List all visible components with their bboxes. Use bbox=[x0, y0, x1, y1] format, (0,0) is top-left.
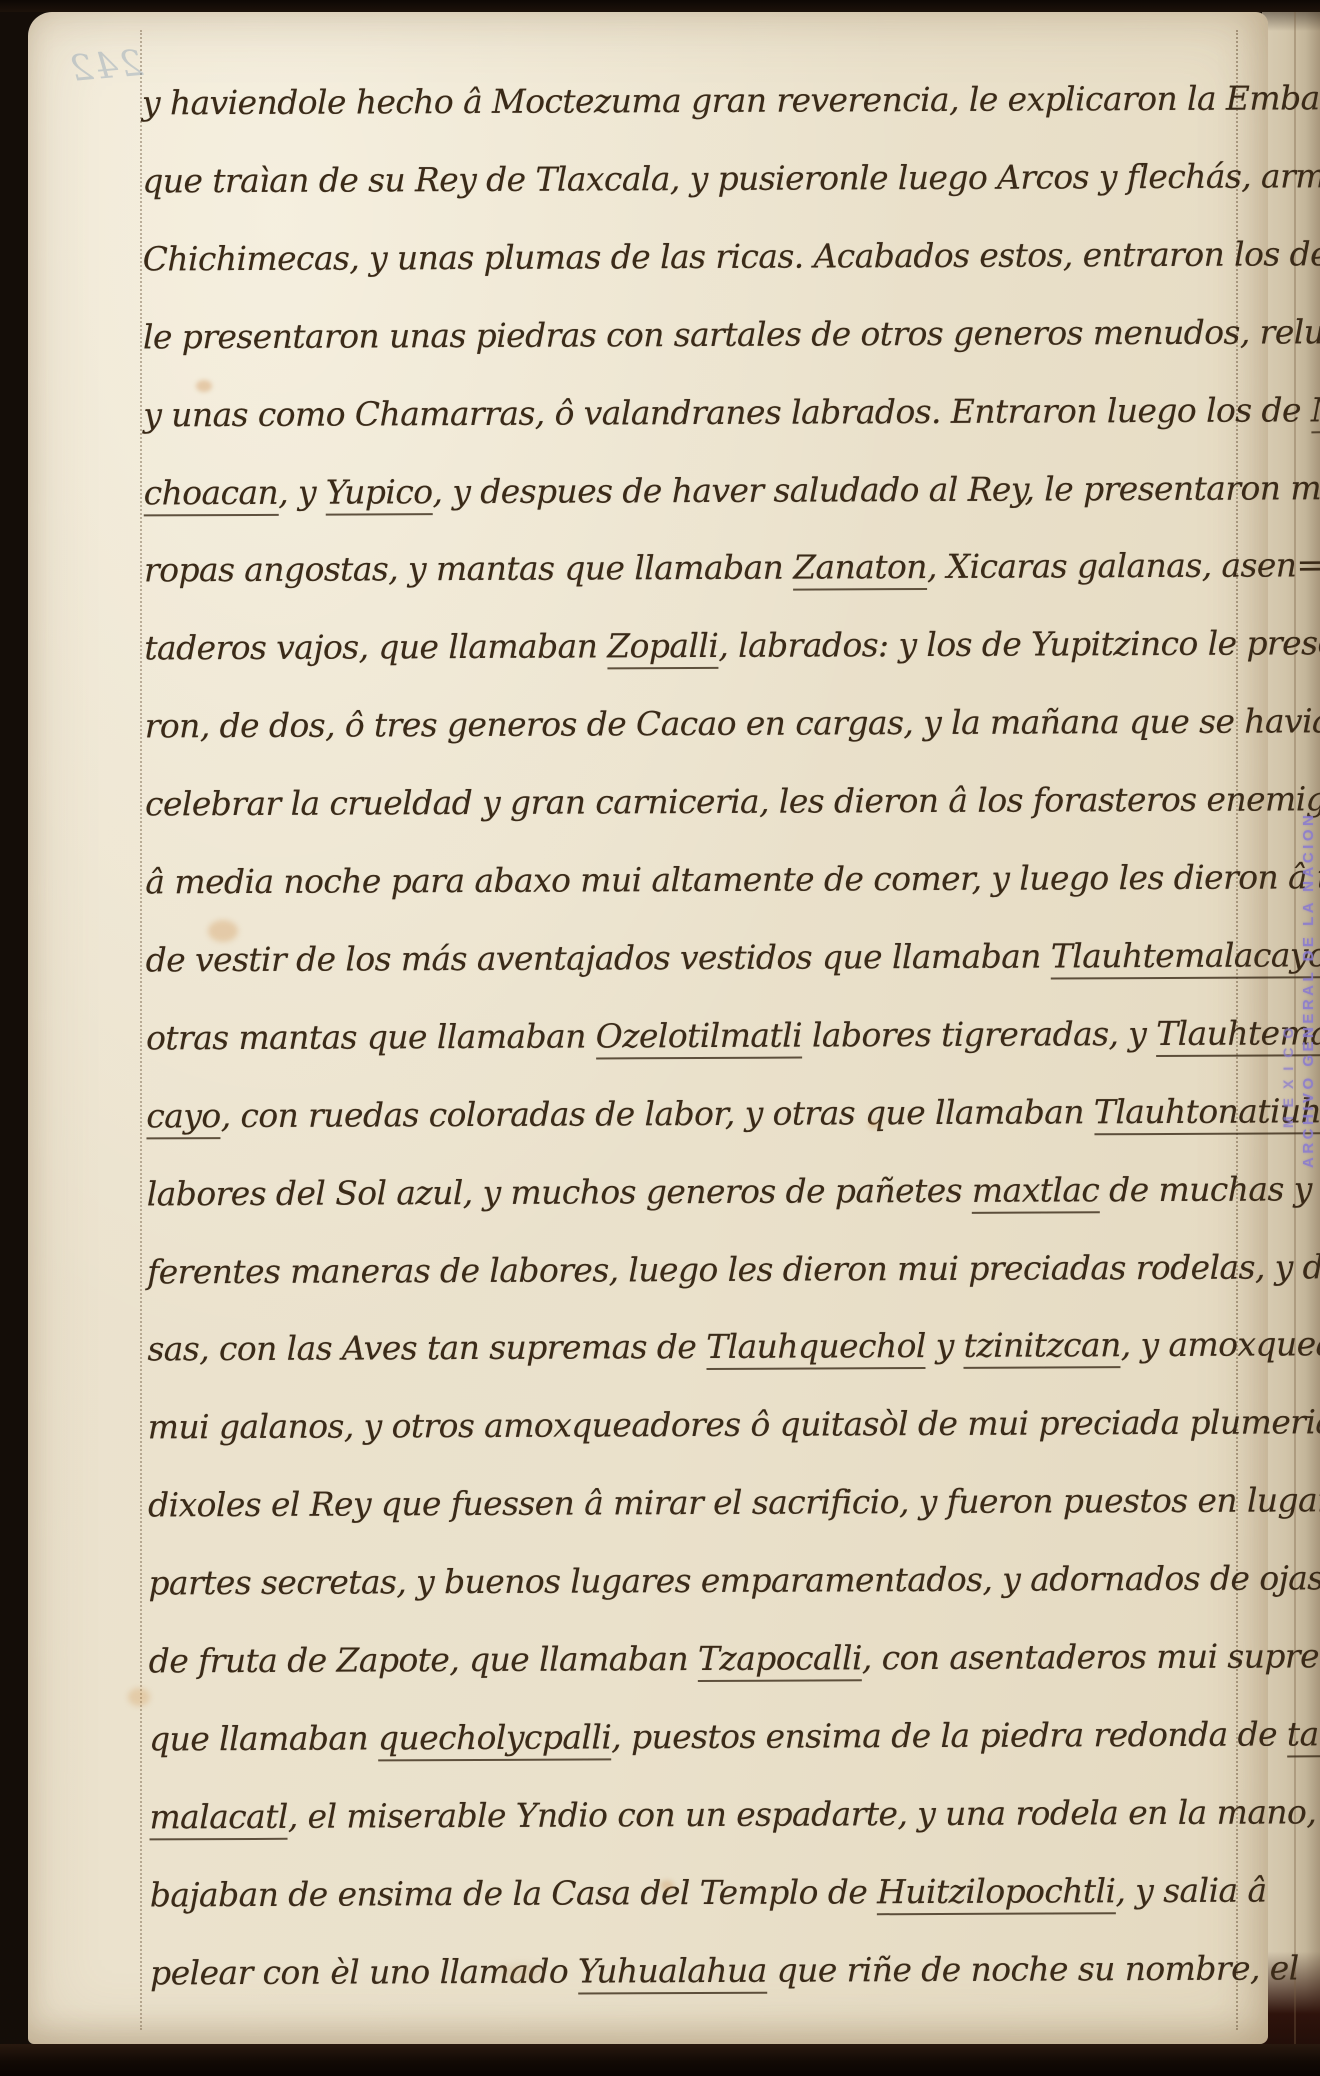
manuscript-line-16: ferentes maneras de labores, luego les d… bbox=[147, 1250, 1320, 1288]
folio-number-show-through: 242 bbox=[66, 43, 144, 90]
manuscript-line-21: de fruta de Zapote, que llamaban Tzapoca… bbox=[149, 1639, 1320, 1677]
manuscript-line-24: bajaban de ensima de la Casa del Templo … bbox=[150, 1873, 1267, 1911]
underlined-word: Huitzilopochtli bbox=[877, 1871, 1115, 1915]
underlined-word: Tlauhtemalacayo bbox=[1051, 935, 1320, 979]
manuscript-line-20: partes secretas, y buenos lugares empara… bbox=[148, 1561, 1320, 1599]
manuscript-line-3: Chichimecas, y unas plumas de las ricas.… bbox=[143, 236, 1320, 275]
underlined-word: cayo bbox=[146, 1096, 220, 1139]
manuscript-line-18: mui galanos, y otros amoxqueadores ô qui… bbox=[148, 1405, 1320, 1443]
left-margin-rule bbox=[140, 30, 142, 2030]
underlined-word: Zanaton bbox=[793, 547, 927, 591]
underlined-word: Me= bbox=[1311, 390, 1320, 433]
manuscript-line-5: y unas como Chamarras, ô valandranes lab… bbox=[143, 393, 1320, 431]
manuscript-line-1: y haviendole hecho â Moctezuma gran reve… bbox=[142, 81, 1320, 119]
underlined-word: tzinitzcan bbox=[964, 1326, 1121, 1370]
manuscript-line-7: ropas angostas, y mantas que llamaban Za… bbox=[144, 549, 1320, 587]
manuscript-line-19: dixoles el Rey que fuessen â mirar el sa… bbox=[148, 1483, 1320, 1521]
underlined-word: Yuhualahua bbox=[578, 1950, 767, 1994]
underlined-word: quecholycpalli bbox=[378, 1717, 611, 1761]
manuscript-line-23: malacatl, el miserable Yndio con un espa… bbox=[149, 1795, 1316, 1833]
photo-top-border bbox=[0, 0, 1320, 12]
manuscript-line-2: que traìan de su Rey de Tlaxcala, y pusi… bbox=[142, 159, 1320, 198]
foxing-stain bbox=[128, 1688, 150, 1706]
underlined-word: Yupico bbox=[326, 472, 433, 515]
underlined-word: choacan bbox=[144, 472, 279, 516]
manuscript-line-13: otras mantas que llamaban Ozelotilmatli … bbox=[146, 1016, 1320, 1054]
underlined-word: Zopalli bbox=[607, 626, 718, 669]
underlined-word: maxtlac bbox=[972, 1170, 1100, 1214]
manuscript-line-22: que llamaban quecholycpalli, puestos ens… bbox=[149, 1717, 1320, 1755]
underlined-word: ta= bbox=[1287, 1714, 1320, 1757]
manuscript-page: 242 y haviendole hecho â Moctezuma gran … bbox=[28, 12, 1268, 2044]
manuscript-line-15: labores del Sol azul, y muchos generos d… bbox=[147, 1172, 1320, 1210]
photo-bottom-border bbox=[0, 2044, 1320, 2076]
archive-stamp-city: MEXICO bbox=[1280, 1019, 1296, 1128]
manuscript-line-14: cayo, con ruedas coloradas de labor, y o… bbox=[146, 1094, 1320, 1132]
manuscript-line-12: de vestir de los más aventajados vestido… bbox=[146, 938, 1320, 976]
manuscript-line-9: ron, de dos, ô tres generos de Cacao en … bbox=[145, 704, 1320, 742]
manuscript-line-10: celebrar la crueldad y gran carniceria, … bbox=[145, 782, 1320, 820]
manuscript-line-4: le presentaron unas piedras con sartales… bbox=[143, 314, 1320, 353]
text-block: y haviendole hecho â Moctezuma gran reve… bbox=[142, 10, 1261, 2047]
underlined-word: Tlauhquechol bbox=[706, 1326, 926, 1370]
underlined-word: Tzapocalli bbox=[698, 1638, 862, 1682]
manuscript-line-17: sas, con las Aves tan supremas de Tlauhq… bbox=[147, 1327, 1320, 1366]
manuscript-line-11: â media noche para abaxo mui altamente d… bbox=[145, 860, 1320, 898]
underlined-word: Ozelotilmatli bbox=[596, 1015, 802, 1059]
archive-stamp-text: ARCHIVO GENERAL DE LA NACION bbox=[1300, 812, 1317, 1168]
manuscript-line-6: choacan, y Yupico, y despues de haver sa… bbox=[144, 471, 1320, 509]
manuscript-photo: 242 y haviendole hecho â Moctezuma gran … bbox=[0, 0, 1320, 2076]
manuscript-line-25: pelear con èl uno llamado Yuhualahua que… bbox=[150, 1951, 1299, 1989]
underlined-word: malacatl bbox=[149, 1797, 288, 1841]
manuscript-line-8: taderos vajos, que llamaban Zopalli, lab… bbox=[144, 626, 1320, 665]
